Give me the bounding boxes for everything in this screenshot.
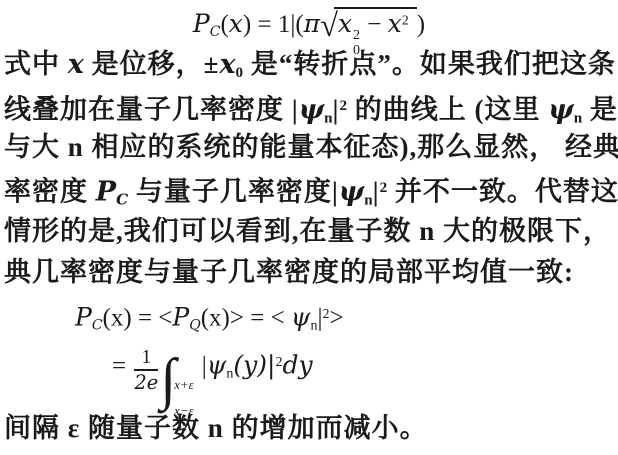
text-run: 随量子数 n 的增加而减小。 — [80, 413, 427, 443]
text-run: 并不一致。代替这种 — [387, 176, 618, 206]
subscript-C: C — [116, 191, 128, 209]
psi-symbol: ψ — [207, 351, 227, 380]
text-run: 是“转折点”。如果我们把这条曲 — [243, 49, 618, 79]
equation-local-average-line1: PC(x) = <PQ(x)> = < ψn|2> — [75, 297, 344, 345]
text-run: 是位移，± — [84, 49, 220, 79]
text-run: 式中 — [4, 49, 68, 79]
superscript-2: 2 — [323, 307, 330, 322]
text-run: 典几率密度与量子几率密度的局部平均值一致: — [4, 257, 574, 287]
fraction-numerator: 1 — [134, 346, 158, 371]
equation-local-average-line2: = 12e∫x+εx−ε|ψn(y)|2dy — [112, 345, 313, 417]
math-var-P: P — [172, 303, 189, 332]
upper-limit: x+ε — [174, 378, 194, 391]
subscript-C: C — [210, 24, 221, 40]
document-page: PC(x) = 1|(π√x20 − x2) 式中 x 是位移，±x0 是“转折… — [0, 0, 618, 455]
psi-symbol: ψ — [339, 176, 364, 207]
text-run: 与量子几率密度| — [128, 176, 339, 206]
angle-close: > — [330, 305, 344, 332]
text-run: 的曲线上 (这里 — [347, 94, 548, 124]
subscript-n: n — [364, 193, 372, 209]
minus-sign: − — [361, 11, 388, 38]
subscript-C: C — [92, 318, 103, 334]
paren-close: ) — [417, 11, 425, 38]
subscript-Q: Q — [189, 318, 200, 334]
psi-symbol: ψ — [548, 94, 573, 125]
text-line-1: 式中 x 是位移，±x0 是“转折点”。如果我们把这条曲 — [4, 46, 618, 91]
superscript-2: 2 — [339, 98, 347, 114]
paren-open: ( — [220, 11, 228, 38]
psi-symbol: ψ — [291, 303, 311, 332]
equation-run: (x)> = < — [201, 305, 291, 332]
math-var-P: P — [75, 303, 92, 332]
subscript-0: 0 — [236, 65, 244, 81]
math-var-P: P — [193, 9, 210, 38]
fraction: 12e — [134, 346, 158, 395]
epsilon-symbol: ε — [68, 413, 81, 443]
subscript-n: n — [574, 111, 582, 127]
text-line-4: 率密度 PC 与量子几率密度|ψn|2 并不一致。代替这种 — [4, 170, 618, 219]
pi-symbol: π — [304, 9, 320, 38]
bar-symbol: | — [373, 176, 380, 206]
text-run: 是 — [582, 94, 618, 124]
text-line-3: 与大 n 相应的系统的能量本征态),那么显然， 经典几 — [4, 129, 618, 165]
equals-sign: = — [112, 353, 132, 380]
differential-dy: dy — [282, 351, 312, 380]
text-run: 间隔 — [4, 413, 68, 443]
text-line-6: 典几率密度与量子几率密度的局部平均值一致: — [4, 254, 574, 290]
text-line-final: 间隔 ε 随量子数 n 的增加而减小。 — [4, 410, 428, 446]
math-var-P: P — [96, 176, 116, 207]
math-var-x0: x — [219, 49, 235, 80]
math-var-x: x — [388, 9, 402, 38]
equation-run: (x) = < — [103, 305, 173, 332]
superscript-2: 2 — [380, 180, 388, 196]
superscript-2: 2 — [353, 29, 360, 44]
text-line-5: 情形的是,我们可以看到,在量子数 n 大的极限下， 经 — [4, 213, 618, 249]
text-run: 率密度 — [4, 176, 96, 206]
fraction-denominator: 2e — [134, 371, 158, 394]
text-run: 与大 n 相应的系统的能量本征态),那么显然， 经典几 — [4, 132, 618, 162]
text-run: 情形的是,我们可以看到,在量子数 n 大的极限下， 经 — [4, 216, 618, 246]
equation-run: (y)| — [233, 351, 275, 380]
psi-symbol: ψ — [299, 94, 324, 125]
math-var-x: x — [229, 9, 243, 38]
superscript-2: 2 — [402, 13, 409, 28]
subscript-n: n — [311, 319, 318, 334]
math-var-x0: x — [338, 9, 352, 38]
subscript-n: n — [324, 111, 332, 127]
math-var-x: x — [68, 49, 84, 80]
text-run: 线叠加在量子几率密度 | — [4, 94, 299, 124]
equation-middle: ) = 1|( — [243, 11, 304, 38]
